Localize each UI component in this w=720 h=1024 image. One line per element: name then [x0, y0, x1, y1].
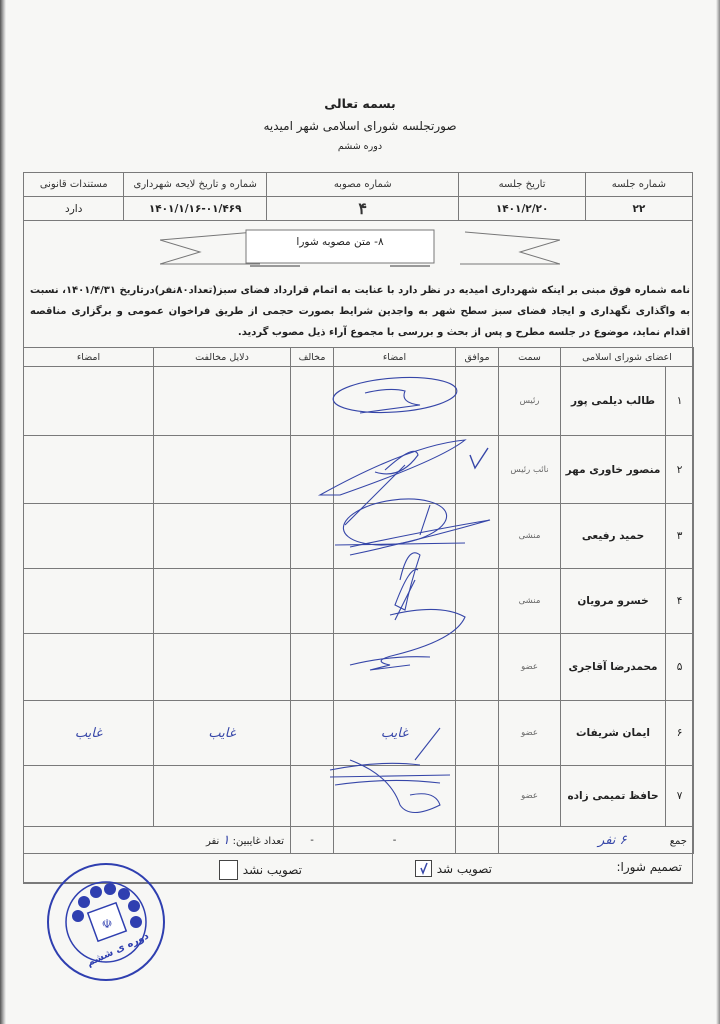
absent-note-reasons: غایب	[154, 701, 291, 766]
signature2-cell	[24, 766, 154, 827]
legal-documents-label: مستندات قانونی	[24, 173, 124, 197]
reasons-cell	[154, 436, 291, 504]
header-agree: موافق	[456, 348, 499, 367]
approved-checkbox[interactable]	[415, 860, 432, 877]
absent-unit: نفر	[206, 836, 219, 847]
section-heading: ۸- متن مصوبه شورا	[248, 236, 432, 248]
session-number-value: ۲۲	[585, 197, 692, 221]
approved-option[interactable]: تصویب شد	[415, 860, 492, 877]
row-number: ۶	[666, 701, 694, 766]
signature-cell	[334, 436, 456, 504]
resolution-number-label: شماره مصوبه	[266, 173, 458, 197]
signature-cell	[334, 766, 456, 827]
row-number: ۲	[666, 436, 694, 504]
bill-number-date-value: ۱۴۰۱/۱/۱۶-۰۱/۴۶۹	[124, 197, 267, 221]
totals-row: جمع ۶ نفر - - تعداد غایبین: ۱ نفر	[23, 826, 694, 854]
signature-cell	[334, 634, 456, 701]
header-disagree-reasons: دلایل مخالفت	[154, 348, 291, 367]
member-name: خسرو مرویان	[561, 569, 666, 634]
legal-documents-value: دارد	[24, 197, 124, 221]
row-number: ۵	[666, 634, 694, 701]
absent-label: تعداد غایبین:	[233, 836, 284, 847]
total-disagree-dash: -	[291, 827, 334, 854]
member-name: ایمان شریفات	[561, 701, 666, 766]
member-role: عضو	[499, 634, 561, 701]
member-role: عضو	[499, 701, 561, 766]
row-number: ۷	[666, 766, 694, 827]
session-date-value: ۱۴۰۱/۲/۲۰	[459, 197, 585, 221]
reasons-cell	[154, 634, 291, 701]
approved-label: تصویب شد	[437, 862, 492, 876]
row-number: ۳	[666, 504, 694, 569]
members-vote-table: اعضای شورای اسلامی سمت موافق امضاء مخالف…	[23, 347, 694, 827]
bill-number-date-label: شماره و تاریخ لایحه شهرداری	[124, 173, 267, 197]
signature2-cell	[24, 504, 154, 569]
row-number: ۴	[666, 569, 694, 634]
signature2-cell	[24, 569, 154, 634]
rejected-checkbox[interactable]	[219, 860, 238, 880]
member-name: طالب دیلمی پور	[561, 367, 666, 436]
member-role: رئیس	[499, 367, 561, 436]
reasons-cell	[154, 766, 291, 827]
disagree-cell	[291, 766, 334, 827]
member-role: منشی	[499, 569, 561, 634]
agree-cell	[456, 436, 499, 504]
agree-cell	[456, 367, 499, 436]
decision-label: تصمیم شورا:	[616, 860, 682, 874]
ribbon-banner-icon	[160, 226, 560, 272]
table-row: ۷ حافظ تمیمی زاده عضو	[24, 766, 694, 827]
absent-note-signature: غایب	[334, 701, 456, 766]
signature2-cell	[24, 634, 154, 701]
disagree-cell	[291, 436, 334, 504]
signature-cell	[334, 569, 456, 634]
scan-edge-left	[0, 0, 6, 1024]
absent-count: ۱	[222, 833, 229, 848]
table-header-row: اعضای شورای اسلامی سمت موافق امضاء مخالف…	[24, 348, 694, 367]
session-number-label: شماره جلسه	[585, 173, 692, 197]
disagree-cell	[291, 701, 334, 766]
council-term: دوره ششم	[0, 141, 720, 152]
scan-edge-right	[716, 0, 720, 1024]
member-name: منصور خاوری مهر	[561, 436, 666, 504]
total-agree-cell: جمع ۶ نفر	[499, 827, 694, 854]
signature2-cell	[24, 436, 154, 504]
table-row: ۳ حمید رفیعی منشی	[24, 504, 694, 569]
absent-note-signature2: غایب	[24, 701, 154, 766]
member-role: منشی	[499, 504, 561, 569]
header-signature: امضاء	[334, 348, 456, 367]
table-row: ۲ منصور خاوری مهر نائب رئیس	[24, 436, 694, 504]
reasons-cell	[154, 367, 291, 436]
checkmark-icon	[416, 861, 431, 876]
resolution-text: نامه شماره فوق مبنی بر اینکه شهرداری امی…	[30, 280, 690, 343]
header-role: سمت	[499, 348, 561, 367]
total-agree-count: ۶ نفر	[598, 833, 626, 848]
reasons-cell	[154, 569, 291, 634]
table-row: ۶ ایمان شریفات عضو غایب غایب غایب	[24, 701, 694, 766]
header-members: اعضای شورای اسلامی	[561, 348, 694, 367]
total-agree-empty	[456, 827, 499, 854]
disagree-cell	[291, 504, 334, 569]
table-row: ۴ خسرو مرویان منشی	[24, 569, 694, 634]
agree-cell	[456, 569, 499, 634]
disagree-cell	[291, 367, 334, 436]
agree-cell	[456, 701, 499, 766]
official-seal-icon: ☫ دوره ی ششم	[44, 852, 174, 997]
member-role: عضو	[499, 766, 561, 827]
total-label: جمع	[670, 836, 687, 847]
header-signature-2: امضاء	[24, 348, 154, 367]
rejected-label: تصویب نشد	[243, 863, 302, 877]
row-number: ۱	[666, 367, 694, 436]
disagree-cell	[291, 569, 334, 634]
rejected-option[interactable]: تصویب نشد	[219, 860, 302, 880]
member-name: حافظ تمیمی زاده	[561, 766, 666, 827]
meeting-info-table: شماره جلسه تاریخ جلسه شماره مصوبه شماره …	[23, 172, 693, 221]
member-name: حمید رفیعی	[561, 504, 666, 569]
agree-cell	[456, 634, 499, 701]
table-row: ۵ محمدرضا آقاجری عضو	[24, 634, 694, 701]
header-disagree: مخالف	[291, 348, 334, 367]
signature-cell	[334, 367, 456, 436]
session-date-label: تاریخ جلسه	[459, 173, 585, 197]
seal-center-text: دوره ی ششم	[85, 931, 150, 969]
agree-cell	[456, 504, 499, 569]
total-signature-dash: -	[334, 827, 456, 854]
agree-cell	[456, 766, 499, 827]
disagree-cell	[291, 634, 334, 701]
svg-text:☫: ☫	[102, 917, 113, 931]
absent-count-cell: تعداد غایبین: ۱ نفر	[24, 827, 291, 854]
member-name: محمدرضا آقاجری	[561, 634, 666, 701]
table-row: ۱ طالب دیلمی پور رئیس	[24, 367, 694, 436]
reasons-cell	[154, 504, 291, 569]
invocation: بسمه تعالی	[0, 96, 720, 111]
resolution-number-value: ۴	[266, 197, 458, 221]
document-title: صورتجلسه شورای اسلامی شهر امیدیه	[0, 119, 720, 133]
signature-cell	[334, 504, 456, 569]
member-role: نائب رئیس	[499, 436, 561, 504]
signature2-cell	[24, 367, 154, 436]
